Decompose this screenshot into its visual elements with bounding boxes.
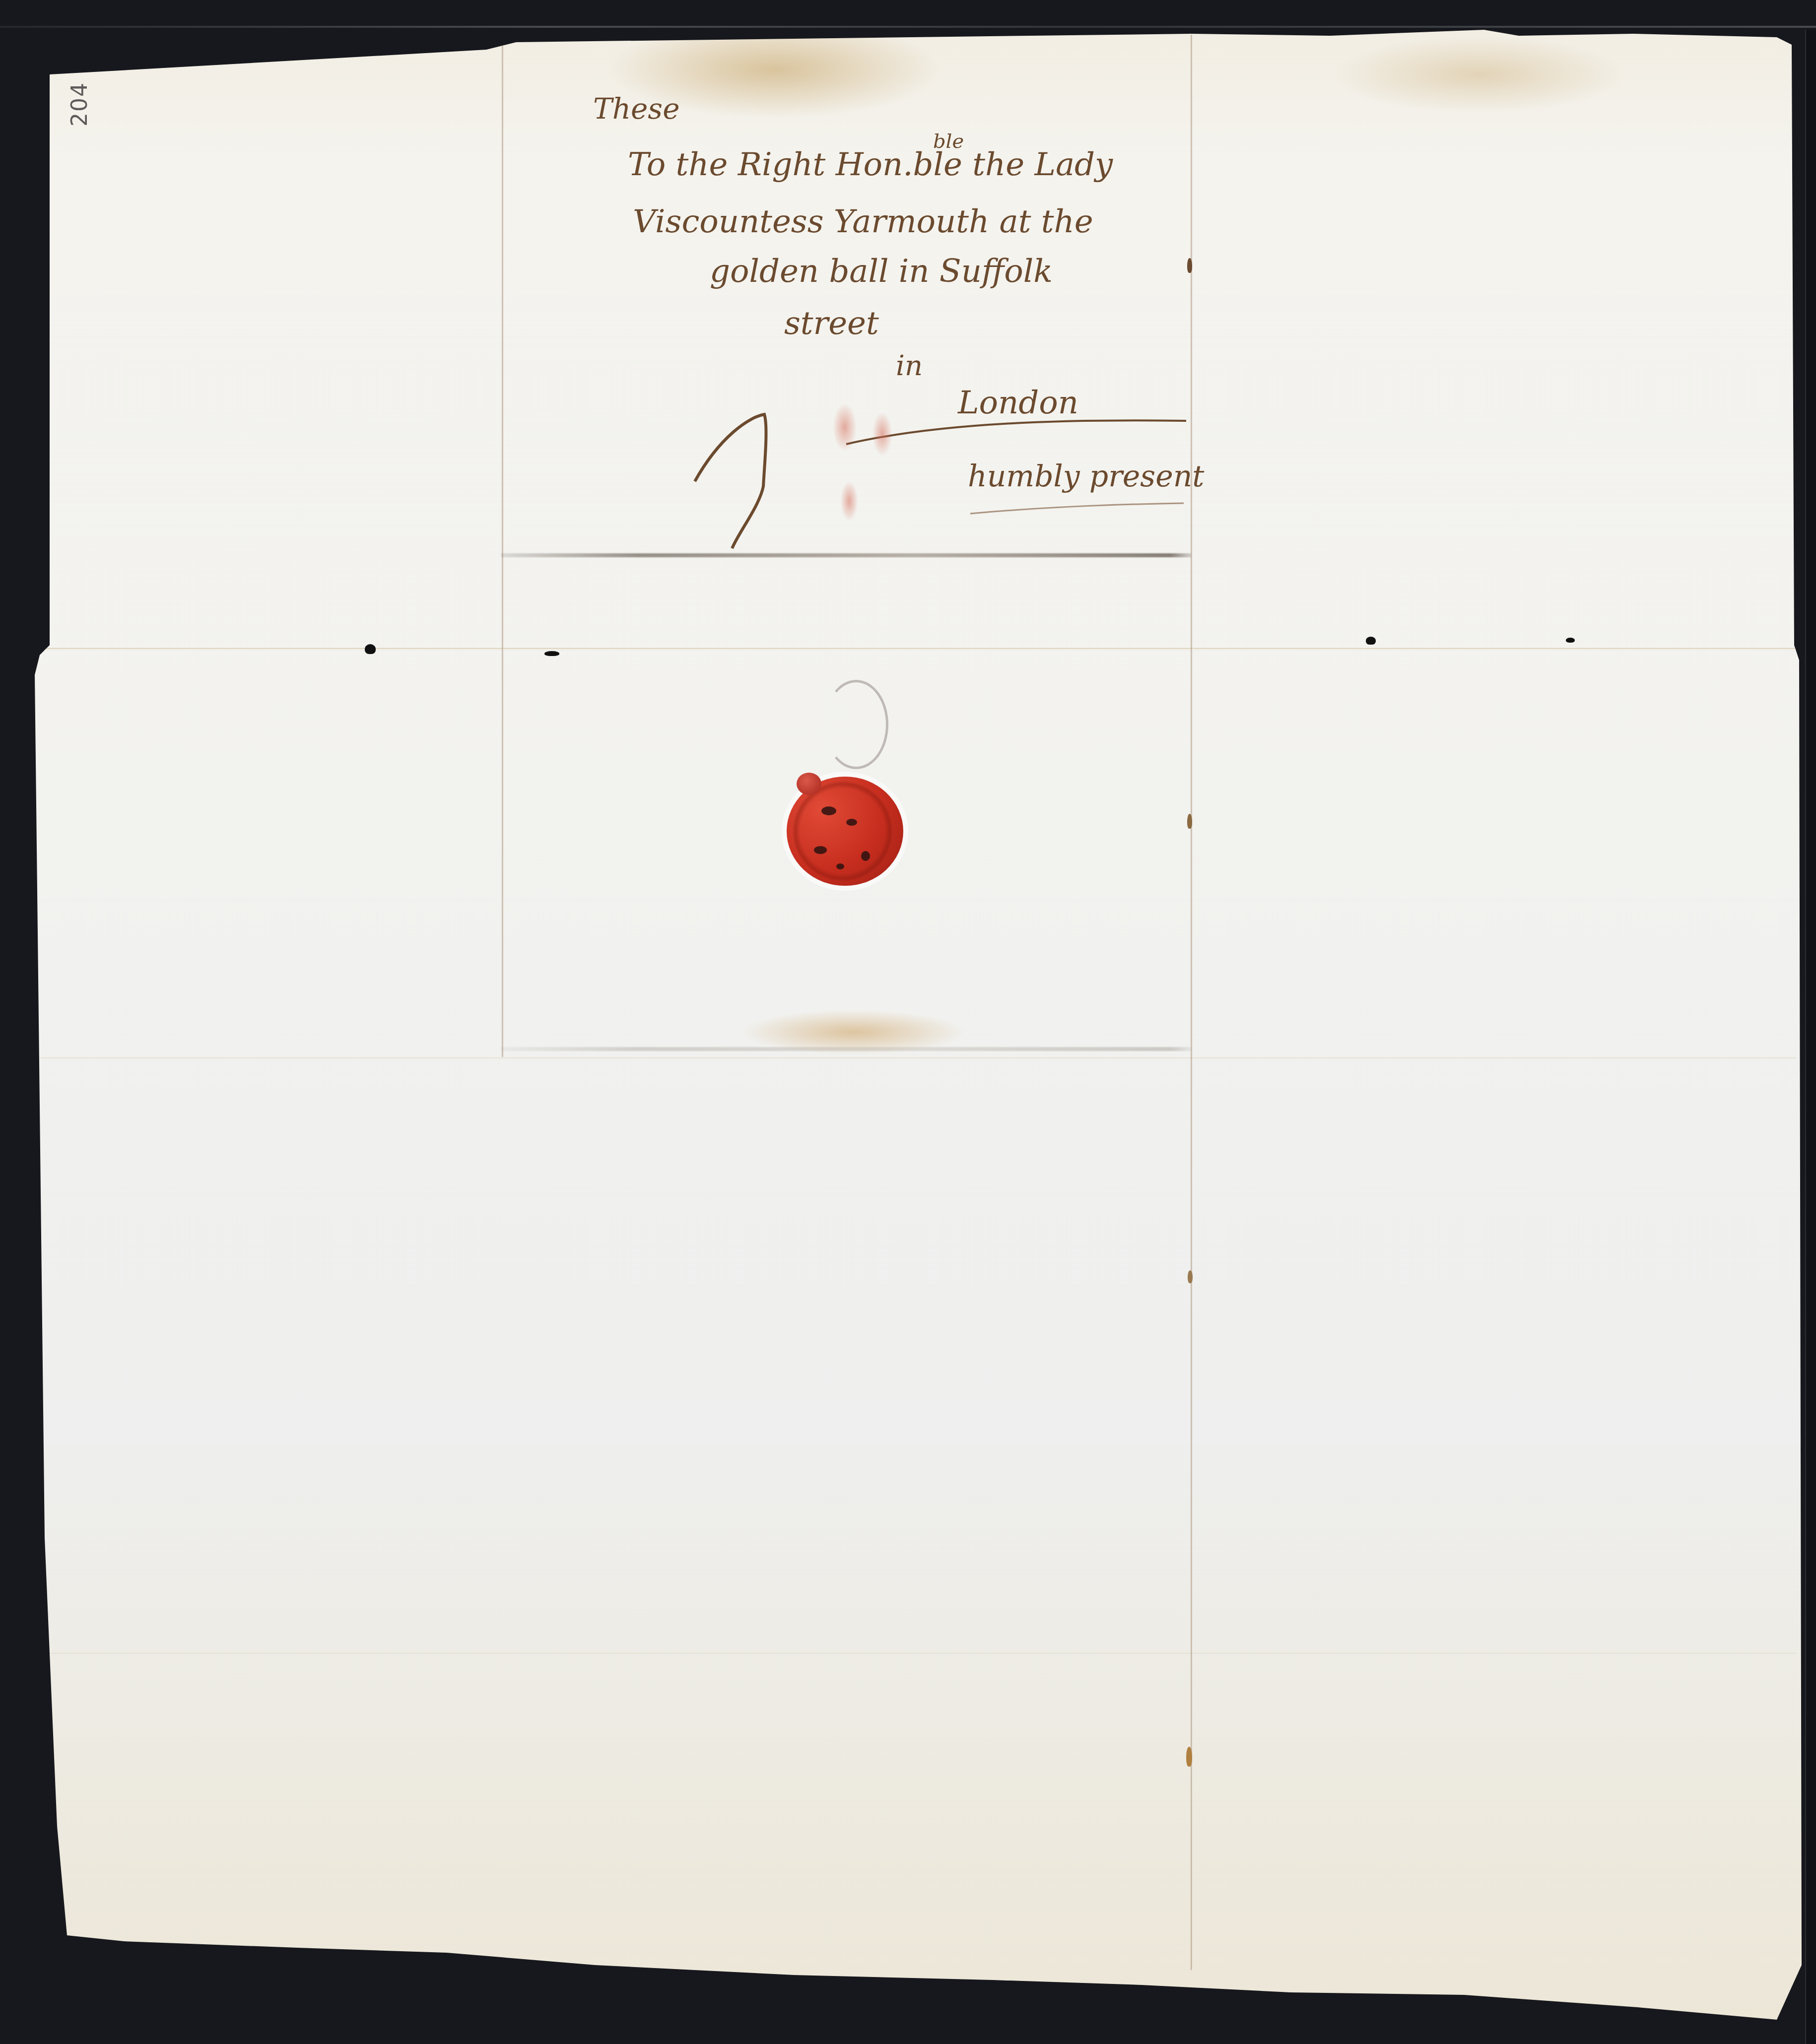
fold-tear	[1188, 1270, 1193, 1283]
seal-discoloration	[814, 846, 827, 854]
folio-number: 204	[67, 82, 92, 127]
postmark-stamp	[809, 387, 898, 521]
vertical-fold-left	[501, 45, 504, 1057]
address-line-street: street	[784, 308, 879, 339]
horizontal-fold-upper	[40, 648, 1796, 651]
worm-hole	[544, 651, 559, 656]
closing-humbly-present: humbly present	[968, 462, 1204, 491]
seal-discoloration	[821, 806, 836, 815]
mount-edge-line	[0, 26, 1816, 28]
seal-discoloration	[846, 819, 857, 826]
horizontal-fold-middle	[40, 1057, 1796, 1060]
address-line-these: These	[593, 94, 679, 123]
underline-stroke	[968, 501, 1186, 516]
worm-hole	[1366, 637, 1376, 645]
seal-discoloration	[861, 851, 870, 861]
horizontal-fold-lower	[40, 1652, 1796, 1655]
mount-right-border	[1805, 30, 1816, 2044]
address-line-recipient-title: To the Right Hon.ble the Lady	[628, 149, 1113, 181]
worm-hole	[1566, 638, 1575, 643]
docket-mark-j	[690, 407, 789, 551]
wax-seal	[787, 777, 903, 886]
panel-soiled-edge	[501, 553, 1191, 557]
address-line-city: London	[958, 387, 1078, 419]
fold-tear	[1187, 258, 1192, 273]
panel-lower-edge	[501, 1047, 1191, 1051]
fold-tear	[1187, 814, 1192, 829]
letter-sheet: 204 These To the Right Hon.ble the Lady …	[0, 0, 1816, 2044]
fold-tear	[1186, 1747, 1192, 1767]
address-line-golden-ball: golden ball in Suffolk	[710, 256, 1053, 287]
address-line-viscountess: Viscountess Yarmouth at the	[633, 206, 1093, 238]
seal-discoloration	[836, 863, 844, 869]
address-superscript: ble	[933, 132, 964, 151]
vertical-fold-right	[1190, 35, 1193, 1970]
address-line-in: in	[896, 352, 923, 380]
worm-hole	[365, 644, 376, 654]
pencil-annotation	[824, 680, 888, 769]
